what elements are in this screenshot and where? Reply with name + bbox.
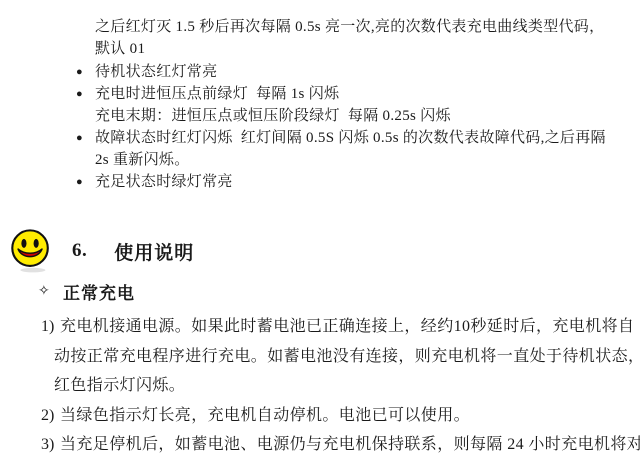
bullet-dot-icon: ● xyxy=(76,61,95,83)
text-line: 待机状态红灯常亮 xyxy=(95,61,217,83)
four-pointed-star-icon: ✧ xyxy=(38,283,63,300)
text-line: 当充足停机后，如蓄电池、电源仍与充电机保持联系，则每隔 24 小时充电机将对 xyxy=(60,430,640,458)
subsection-title: 正常充电 xyxy=(63,279,135,304)
text-line: 红色指示灯闪烁。 xyxy=(54,371,640,401)
list-item-text: 待机状态红灯常亮 xyxy=(95,61,217,83)
document-page: 之后红灯灭 1.5 秒后再次每隔 0.5s 亮一次,亮的次数代表充电曲线类型代码… xyxy=(0,0,640,458)
text-line: 当绿色指示灯长亮，充电机自动停机。电池已可以使用。 xyxy=(60,401,470,431)
list-item-text: 充足状态时绿灯常亮 xyxy=(95,171,233,193)
indicator-status-list: ● 待机状态红灯常亮 ● 充电时进恒压点前绿灯 每隔 1s 闪烁 充电末期：进恒… xyxy=(76,61,606,193)
text-line: 充电末期：进恒压点或恒压阶段绿灯 每隔 0.25s 闪烁 xyxy=(95,105,451,127)
step-item: 1) 充电机接通电源。如果此时蓄电池已正确连接上，经约10秒延时后，充电机将自 … xyxy=(41,312,640,401)
intro-paragraph: 之后红灯灭 1.5 秒后再次每隔 0.5s 亮一次,亮的次数代表充电曲线类型代码… xyxy=(95,16,604,60)
text-line: 默认 01 xyxy=(95,38,604,60)
bullet-dot-icon: ● xyxy=(76,83,95,105)
step-text: 充电机接通电源。如果此时蓄电池已正确连接上，经约10秒延时后，充电机将自 动按正… xyxy=(60,312,640,401)
text-line: 之后红灯灭 1.5 秒后再次每隔 0.5s 亮一次,亮的次数代表充电曲线类型代码… xyxy=(95,16,604,38)
step-number: 1) xyxy=(41,312,60,342)
text-line: 充电时进恒压点前绿灯 每隔 1s 闪烁 xyxy=(95,83,451,105)
smiley-face-icon xyxy=(10,228,52,274)
list-item: ● 充电时进恒压点前绿灯 每隔 1s 闪烁 充电末期：进恒压点或恒压阶段绿灯 每… xyxy=(76,83,606,127)
section-title: 使用说明 xyxy=(114,238,194,265)
subsection-heading: ✧ 正常充电 xyxy=(38,279,135,304)
list-item: ● 待机状态红灯常亮 xyxy=(76,61,606,83)
normal-charging-steps: 1) 充电机接通电源。如果此时蓄电池已正确连接上，经约10秒延时后，充电机将自 … xyxy=(41,312,640,458)
step-text: 当充足停机后，如蓄电池、电源仍与充电机保持联系，则每隔 24 小时充电机将对 xyxy=(60,430,640,458)
section-number: 6. xyxy=(72,240,87,262)
step-number: 2) xyxy=(41,401,60,431)
step-item: 2) 当绿色指示灯长亮，充电机自动停机。电池已可以使用。 xyxy=(41,401,640,431)
step-item: 3) 当充足停机后，如蓄电池、电源仍与充电机保持联系，则每隔 24 小时充电机将… xyxy=(41,430,640,458)
text-line: 充足状态时绿灯常亮 xyxy=(95,171,233,193)
list-item-text: 故障状态时红灯闪烁 红灯间隔 0.5S 闪烁 0.5s 的次数代表故障代码,之后… xyxy=(95,127,606,171)
text-line: 充电机接通电源。如果此时蓄电池已正确连接上，经约10秒延时后，充电机将自 xyxy=(60,312,640,342)
step-text: 当绿色指示灯长亮，充电机自动停机。电池已可以使用。 xyxy=(60,401,470,431)
bullet-dot-icon: ● xyxy=(76,127,95,149)
list-item: ● 充足状态时绿灯常亮 xyxy=(76,171,606,193)
list-item-text: 充电时进恒压点前绿灯 每隔 1s 闪烁 充电末期：进恒压点或恒压阶段绿灯 每隔 … xyxy=(95,83,451,127)
list-item: ● 故障状态时红灯闪烁 红灯间隔 0.5S 闪烁 0.5s 的次数代表故障代码,… xyxy=(76,127,606,171)
section-heading: 6. 使用说明 xyxy=(10,228,194,274)
text-line: 故障状态时红灯闪烁 红灯间隔 0.5S 闪烁 0.5s 的次数代表故障代码,之后… xyxy=(95,127,606,149)
text-line: 2s 重新闪烁。 xyxy=(95,149,606,171)
text-line: 动按正常充电程序进行充电。如蓄电池没有连接，则充电机将一直处于待机状态， xyxy=(54,342,640,372)
step-number: 3) xyxy=(41,430,60,458)
bullet-dot-icon: ● xyxy=(76,171,95,193)
